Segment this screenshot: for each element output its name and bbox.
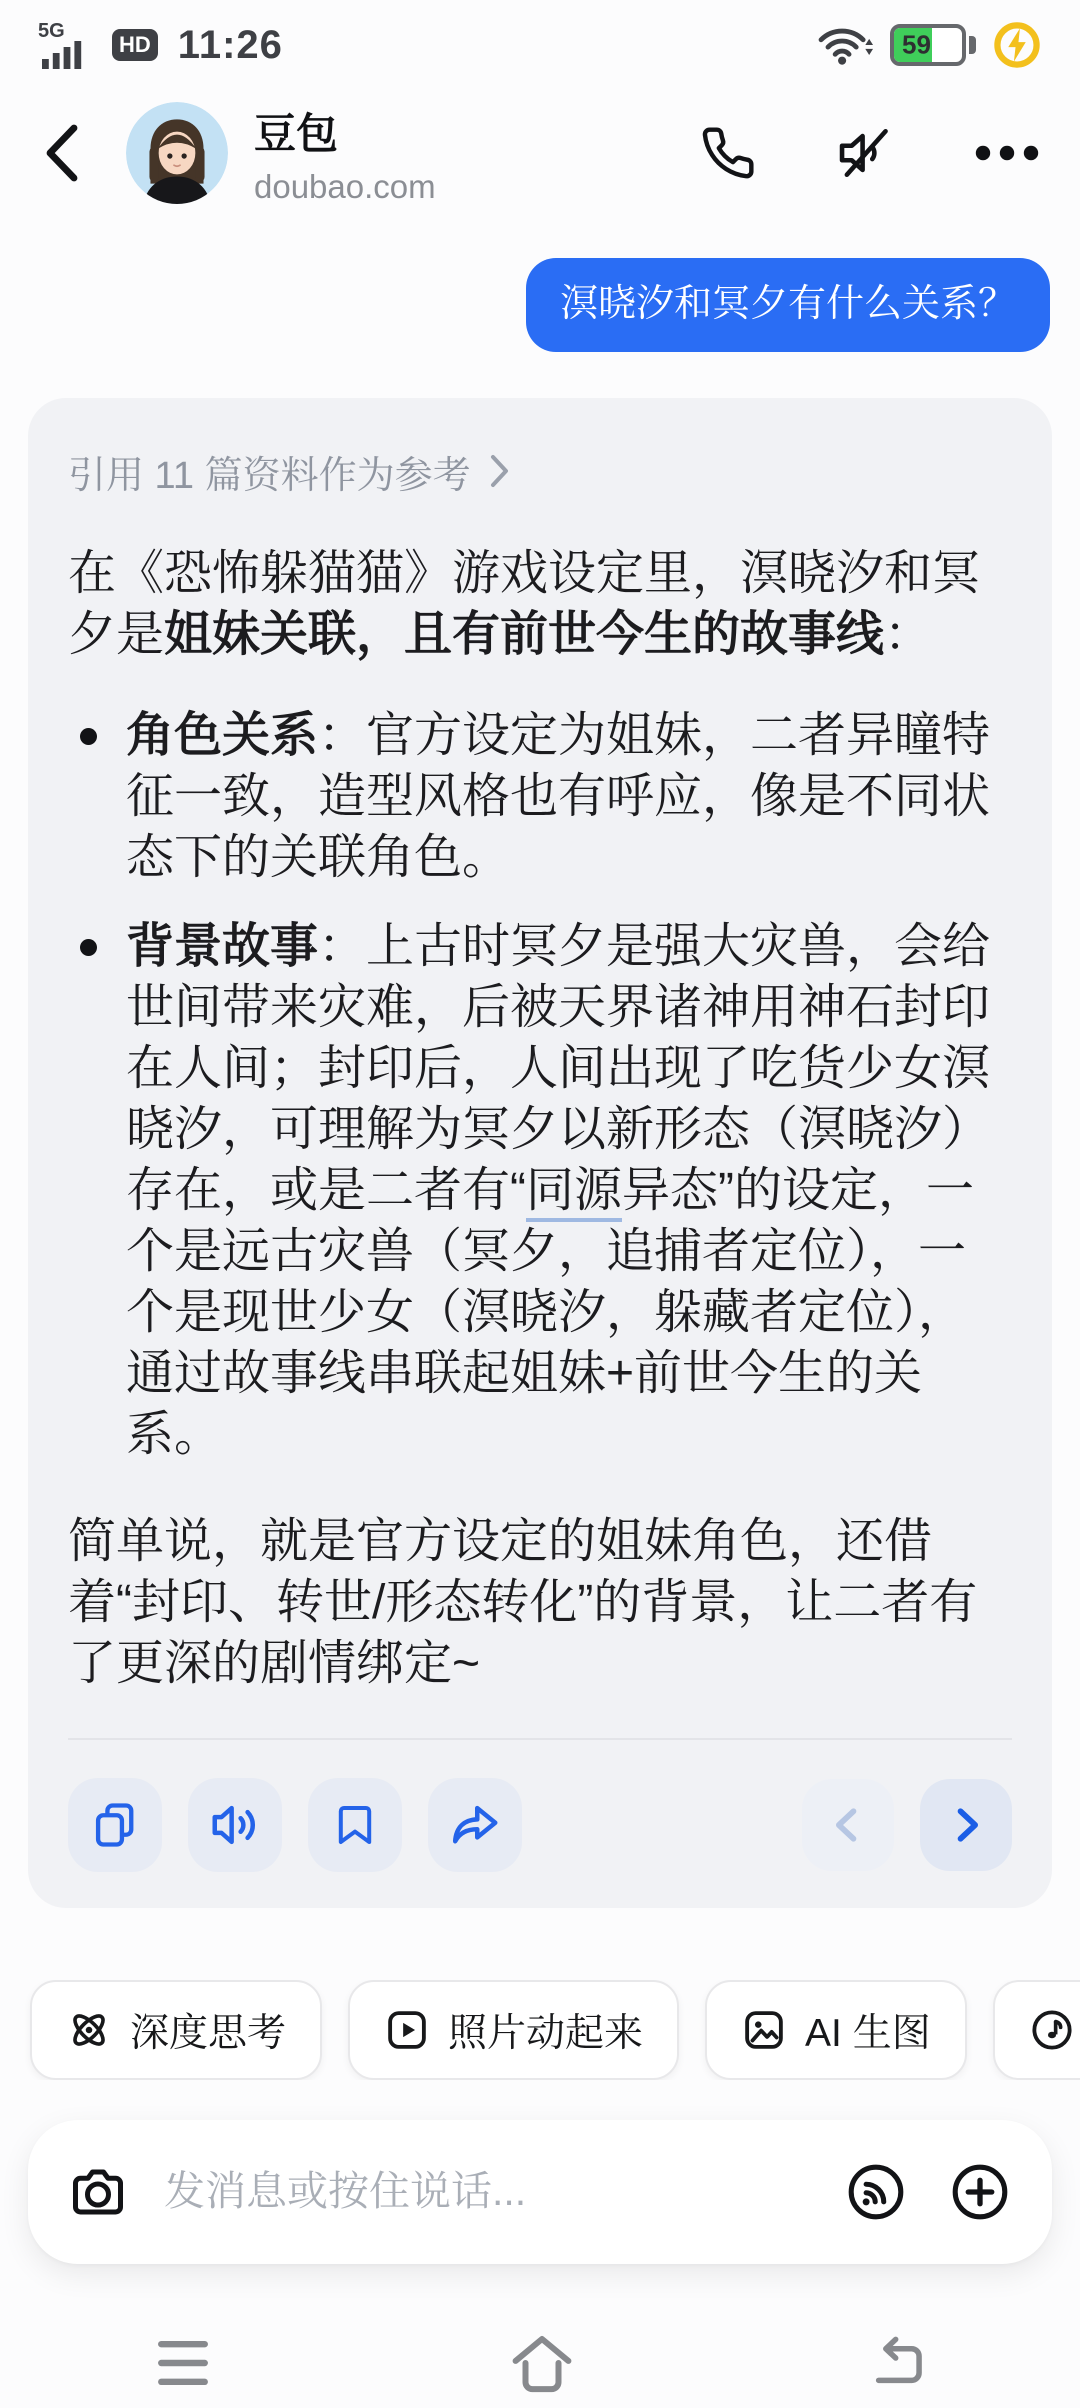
intro-paragraph: 在《恐怖躲猫猫》游戏设定里，溟晓汐和冥夕是姐妹关联，且有前世今生的故事线： [68, 543, 1012, 665]
speaker-icon [208, 1798, 262, 1852]
chevron-left-icon [826, 1803, 870, 1847]
bullet-list: 角色关系：官方设定为姐妹，二者异瞳特征一致，造型风格也有呼应，像是不同状态下的关… [68, 705, 1012, 1465]
bullet-dot [80, 939, 97, 956]
copy-button[interactable] [68, 1778, 162, 1872]
battery-percent: 59 [902, 30, 931, 61]
reference-label: 引用 11 篇资料作为参考 [68, 444, 471, 499]
bullet-dot [80, 728, 97, 745]
menu-icon[interactable] [148, 2334, 218, 2392]
chip-music[interactable]: 来点 [993, 1980, 1080, 2080]
chevron-right-icon [944, 1803, 988, 1847]
share-button[interactable] [428, 1778, 522, 1872]
avatar[interactable] [126, 102, 228, 204]
message-input[interactable] [164, 2168, 824, 2215]
charge-bolt-icon [992, 20, 1042, 70]
chip-ai-image[interactable]: AI 生图 [705, 1980, 967, 2080]
chat-header: 豆包 doubao.com [0, 74, 1080, 214]
citation-link[interactable]: 同源 [526, 1164, 622, 1222]
list-item: 角色关系：官方设定为姐妹，二者异瞳特征一致，造型风格也有呼应，像是不同状态下的关… [68, 705, 1012, 888]
signal-icon: 5G [38, 19, 100, 71]
plus-icon[interactable] [948, 2160, 1012, 2224]
wifi-icon [816, 22, 874, 68]
next-page-button[interactable] [920, 1779, 1012, 1871]
bullet-title: 角色关系 [126, 709, 318, 762]
atom-icon [66, 2007, 112, 2053]
copy-icon [89, 1799, 141, 1851]
bookmark-button[interactable] [308, 1778, 402, 1872]
camera-icon[interactable] [68, 2162, 128, 2222]
bookmark-icon [331, 1799, 379, 1851]
message-input-bar [28, 2120, 1052, 2264]
read-aloud-button[interactable] [188, 1778, 282, 1872]
chip-deep-think[interactable]: 深度思考 [30, 1980, 322, 2080]
share-icon [448, 1798, 502, 1852]
mute-icon[interactable] [836, 124, 894, 182]
svg-text:5G: 5G [38, 20, 65, 42]
list-item: 背景故事：上古时冥夕是强大灾兽，会给世间带来灾难，后被天界诸神用神石封印在人间；… [68, 916, 1012, 1465]
status-bar: 5G HD 11:26 59 [0, 0, 1080, 74]
back-nav-icon[interactable] [866, 2332, 932, 2394]
page-title: 豆包 [254, 101, 436, 161]
hd-badge: HD [112, 29, 158, 61]
play-icon [384, 2007, 430, 2053]
system-nav-bar [0, 2310, 1080, 2408]
chip-label: 深度思考 [130, 2002, 286, 2058]
home-icon[interactable] [505, 2330, 579, 2396]
chip-label: AI 生图 [805, 2002, 931, 2058]
battery-icon: 59 [890, 24, 976, 66]
image-icon [741, 2007, 787, 2053]
reference-row[interactable]: 引用 11 篇资料作为参考 [68, 444, 1012, 499]
intro-bold-text: 姐妹关联，且有前世今生的故事线 [164, 608, 884, 661]
chip-photo-animate[interactable]: 照片动起来 [348, 1980, 679, 2080]
more-icon[interactable] [974, 144, 1040, 162]
voice-wave-icon[interactable] [844, 2160, 908, 2224]
prev-page-button[interactable] [802, 1779, 894, 1871]
phone-icon[interactable] [700, 125, 756, 181]
back-icon[interactable] [40, 122, 84, 184]
intro-tail: ： [884, 608, 932, 661]
status-time: 11:26 [178, 23, 283, 68]
assistant-reply-card: 引用 11 篇资料作为参考 在《恐怖躲猫猫》游戏设定里，溟晓汐和冥夕是姐妹关联，… [28, 398, 1052, 1908]
reply-action-bar [68, 1778, 1012, 1872]
page-subtitle: doubao.com [254, 168, 436, 206]
chevron-right-icon [487, 453, 511, 489]
divider [68, 1738, 1012, 1740]
user-message-bubble[interactable]: 溟晓汐和冥夕有什么关系？ [526, 258, 1050, 352]
suggestion-chips: 深度思考 照片动起来 AI 生图 来点 [0, 1980, 1080, 2080]
music-icon [1029, 2007, 1075, 2053]
bullet-title: 背景故事 [126, 920, 318, 973]
reply-body: 在《恐怖躲猫猫》游戏设定里，溟晓汐和冥夕是姐妹关联，且有前世今生的故事线： 角色… [68, 543, 1012, 1694]
summary-paragraph: 简单说，就是官方设定的姐妹角色，还借着“封印、转世/形态转化”的背景，让二者有了… [68, 1511, 1012, 1694]
chip-label: 照片动起来 [448, 2002, 643, 2058]
